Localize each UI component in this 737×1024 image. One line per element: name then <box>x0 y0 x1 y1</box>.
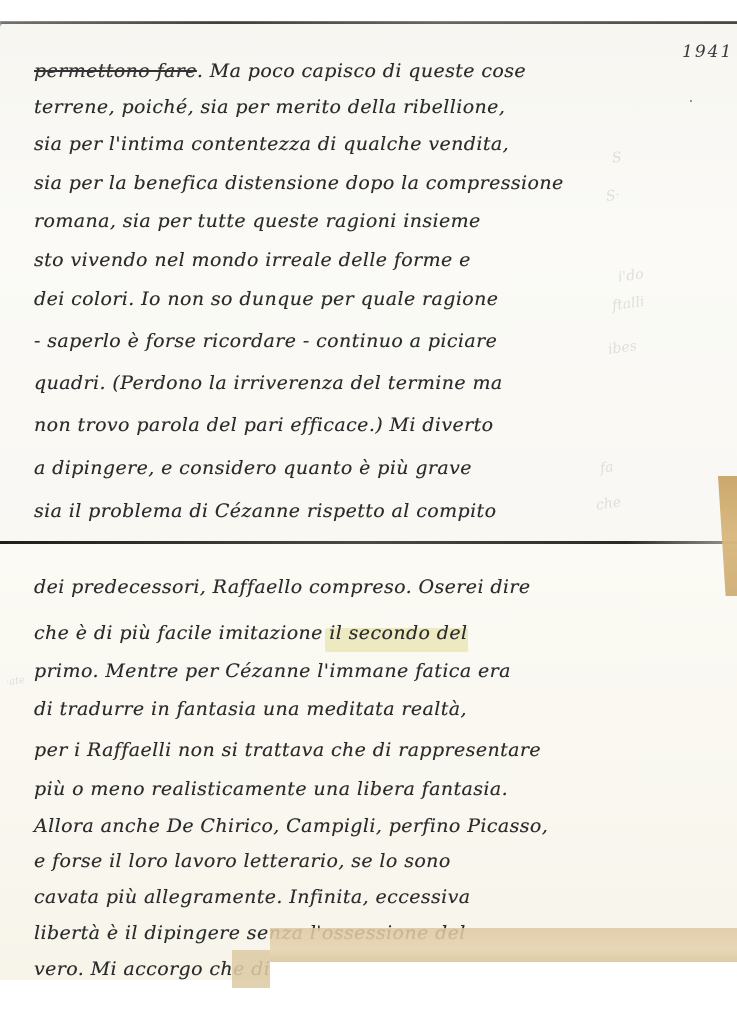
manuscript-line: sia per l'intima contentezza di qualche … <box>34 133 674 155</box>
manuscript-line: di tradurre in fantasia una meditata rea… <box>34 698 674 720</box>
manuscript-line: che è di più facile imitazione il second… <box>34 622 674 644</box>
manuscript-line: cavata più allegramente. Infinita, ecces… <box>34 886 674 908</box>
manuscript-line: più o meno realisticamente una libera fa… <box>34 778 674 800</box>
struck-through-text: permettono fare <box>34 60 197 82</box>
adhesive-tape-tab <box>232 950 270 988</box>
lower-sheet <box>0 544 737 980</box>
year-annotation: 1941 <box>682 42 733 62</box>
manuscript-line: - saperlo è forse ricordare - continuo a… <box>34 330 674 352</box>
ink-dot <box>690 100 692 102</box>
manuscript-line: a dipingere, e considero quanto è più gr… <box>34 457 674 479</box>
manuscript-line: romana, sia per tutte queste ragioni ins… <box>34 210 674 232</box>
manuscript-line: sia per la benefica distensione dopo la … <box>34 172 674 194</box>
manuscript-line: permettono fare. Ma poco capisco di ques… <box>34 60 674 82</box>
adhesive-tape-bottom <box>270 928 737 964</box>
manuscript-line: sto vivendo nel mondo irreale delle form… <box>34 249 674 271</box>
manuscript-line: non trovo parola del pari efficace.) Mi … <box>34 414 674 436</box>
manuscript-line: e forse il loro lavoro letterario, se lo… <box>34 850 674 872</box>
scanned-page: S S· i'do ftalli ibes fa che ·ate 1941 p… <box>0 0 737 1024</box>
manuscript-line: terrene, poiché, sia per merito della ri… <box>34 96 674 118</box>
page-cutout-blank <box>270 962 737 1024</box>
manuscript-line: dei predecessori, Raffaello compreso. Os… <box>34 576 674 598</box>
manuscript-line: per i Raffaelli non si trattava che di r… <box>34 739 674 761</box>
manuscript-line: quadri. (Perdono la irriverenza del term… <box>34 372 674 394</box>
manuscript-line: Allora anche De Chirico, Campigli, perfi… <box>34 815 674 837</box>
manuscript-line: sia il problema di Cézanne rispetto al c… <box>34 500 674 522</box>
manuscript-line: primo. Mentre per Cézanne l'immane fatic… <box>34 660 674 682</box>
manuscript-line: dei colori. Io non so dunque per quale r… <box>34 288 674 310</box>
